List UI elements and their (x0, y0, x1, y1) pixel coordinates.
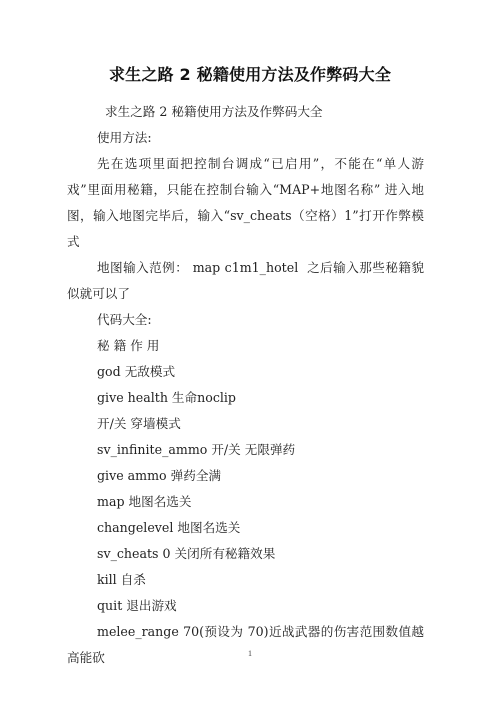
codes-column-header: 秘 籍 作 用 (67, 333, 424, 359)
codes-heading: 代码大全: (67, 307, 424, 333)
code-line: quit 退出游戏 (67, 593, 424, 619)
code-line: 开/关 穿墙模式 (67, 411, 424, 437)
page-number: 1 (0, 649, 500, 658)
document-body: 求生之路 2 秘籍使用方法及作弊码大全 使用方法: 先在选项里面把控制台调成“已… (67, 99, 424, 671)
code-line: kill 自杀 (67, 567, 424, 593)
code-line: sv_cheats 0 关闭所有秘籍效果 (67, 541, 424, 567)
subtitle-paragraph: 求生之路 2 秘籍使用方法及作弊码大全 (67, 99, 424, 125)
code-line: map 地图名选关 (67, 489, 424, 515)
page-title: 求生之路 2 秘籍使用方法及作弊码大全 (0, 62, 500, 85)
code-line: god 无敌模式 (67, 359, 424, 385)
code-line: sv_infinite_ammo 开/关 无限弹药 (67, 437, 424, 463)
usage-instructions: 先在选项里面把控制台调成“已启用”，不能在“单人游戏”里面用秘籍，只能在控制台输… (67, 151, 424, 255)
code-line: give health 生命noclip (67, 385, 424, 411)
code-line: give ammo 弹药全满 (67, 463, 424, 489)
usage-heading: 使用方法: (67, 125, 424, 151)
document-page: 求生之路 2 秘籍使用方法及作弊码大全 求生之路 2 秘籍使用方法及作弊码大全 … (0, 0, 500, 707)
map-example: 地图输入范例： map c1m1_hotel 之后输入那些秘籍貌似就可以了 (67, 255, 424, 307)
code-line: melee_range 70(预设为 70)近战武器的伤害范围数值越高能砍 (67, 619, 424, 671)
code-line: changelevel 地图名选关 (67, 515, 424, 541)
